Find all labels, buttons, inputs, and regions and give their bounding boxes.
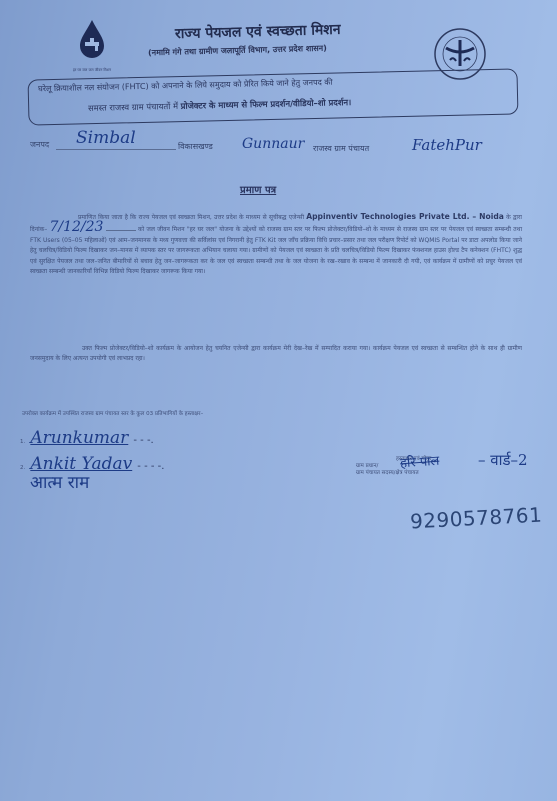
participant-number: 1. — [20, 439, 25, 445]
agency-name: Appinventiv Technologies Private Ltd. – … — [306, 212, 504, 221]
panchayat-label: राजस्व ग्राम पंचायत — [313, 143, 369, 154]
para1-part-c: को जल जीवन मिशन "हर घर जल" योजना के उद्द… — [30, 226, 522, 275]
logo-caption: हर घर जल जल जीवन मिशन — [72, 68, 112, 73]
para1-part-a: प्रमाणित किया जाता है कि राज्य पेयजल एवं… — [78, 214, 304, 221]
district-underline — [56, 149, 176, 150]
mission-subtitle: (नमामि गंगे तथा ग्रामीण जलापूर्ति विभाग,… — [148, 43, 327, 59]
jal-jeevan-mission-logo: हर घर जल जल जीवन मिशन — [72, 18, 112, 70]
pradhan-signature: हरि पाल — [399, 451, 439, 472]
handwritten-phone-number: 9290578761 — [409, 503, 542, 534]
certificate-paragraph-2: उक्त फिल्म प्रोजेक्टर/विडियो–शो कार्यक्र… — [30, 344, 522, 365]
participant-3-signature: आत्म राम — [30, 470, 89, 493]
district-label: जनपद — [30, 139, 49, 150]
participant-signature: Arunkumar — [30, 428, 128, 448]
certificate-title: प्रमाण पत्र — [240, 182, 276, 196]
banner-line-2-normal: समस्त राजस्व ग्राम पंचायतों में — [88, 101, 181, 113]
program-date: 7/12/23 — [49, 219, 103, 235]
mission-title: राज्य पेयजल एवं स्वच्छता मिशन — [175, 20, 341, 43]
district-value: Simbal — [76, 128, 136, 148]
dotted-trail: - - - -. — [137, 461, 164, 472]
certificate-paragraph-1: प्रमाणित किया जाता है कि राज्य पेयजल एवं… — [30, 212, 522, 277]
panchayat-member-label: ग्राम पंचायत सदस्य/क्षेत्र पंचायत — [356, 470, 431, 477]
ward-number: – वार्ड–2 — [478, 450, 528, 470]
participants-note: उपरोक्त कार्यक्रम में उपस्थित राजस्व ग्र… — [22, 410, 322, 419]
panchayat-value: FatehPur — [412, 136, 482, 154]
participant-1: 1. Arunkumar - - -. — [20, 428, 154, 448]
water-drop-tap-icon — [72, 18, 112, 70]
block-value: Gunnaur — [242, 136, 304, 152]
block-label: विकासखण्ड — [178, 141, 213, 152]
participant-number: 2. — [20, 465, 25, 471]
dotted-trail: - - -. — [133, 435, 153, 446]
date-underline — [106, 230, 136, 231]
